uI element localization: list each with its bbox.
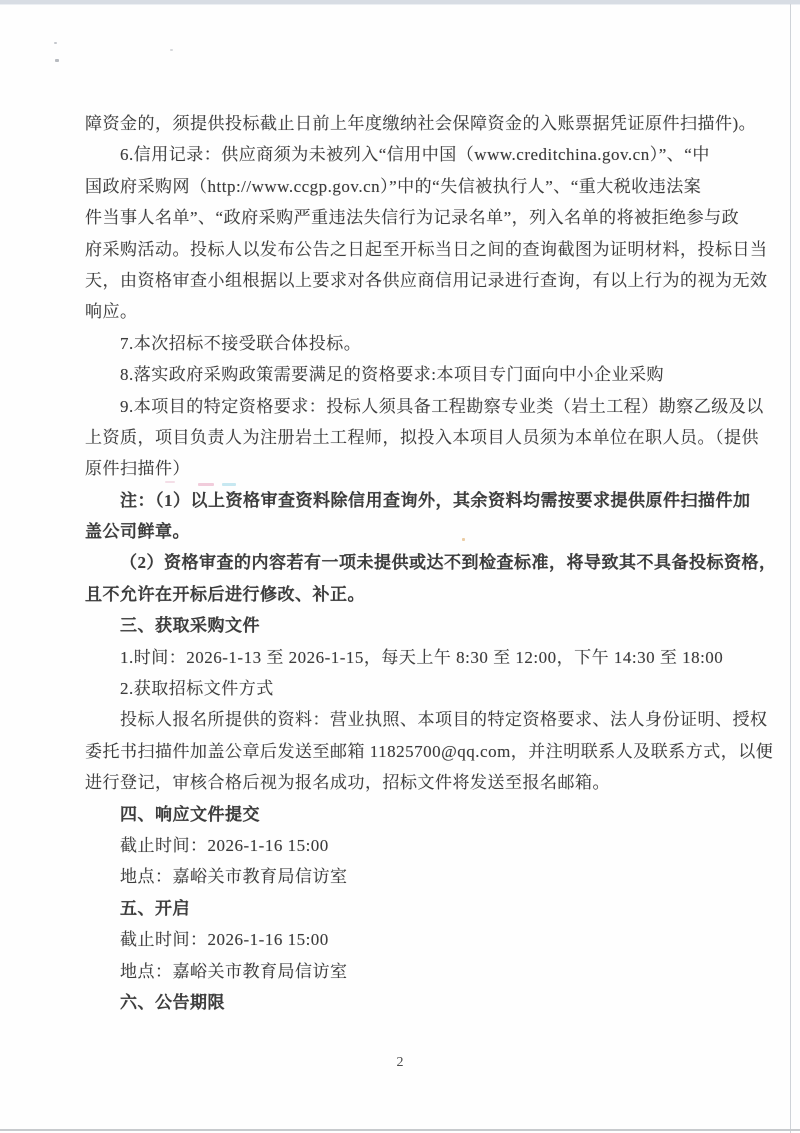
document-text-line: 进行登记，审核合格后视为报名成功，招标文件将发送至报名邮箱。 xyxy=(85,767,745,798)
scan-artifact xyxy=(55,59,59,62)
document-content: 障资金的，须提供投标截止日前上年度缴纳社会保障资金的入账票据凭证原件扫描件)。6… xyxy=(85,108,745,1018)
document-text-line: 响应。 xyxy=(85,296,745,327)
scan-edge-bottom xyxy=(0,1129,800,1131)
document-text-line: 盖公司鲜章。 xyxy=(85,516,745,547)
section-heading: 四、响应文件提交 xyxy=(85,799,745,830)
document-text-line: 地点：嘉峪关市教育局信访室 xyxy=(85,956,745,987)
scan-artifact xyxy=(170,49,173,51)
document-text-line: 截止时间：2026-1-16 15:00 xyxy=(85,924,745,955)
document-text-line: 9.本项目的特定资格要求：投标人须具备工程勘察专业类（岩土工程）勘察乙级及以 xyxy=(85,391,745,422)
document-text-line: 上资质，项目负责人为注册岩土工程师，拟投入本项目人员须为本单位在职人员。（提供 xyxy=(85,422,745,453)
document-text-line: 地点：嘉峪关市教育局信访室 xyxy=(85,861,745,892)
document-text-line: 投标人报名所提供的资料：营业执照、本项目的特定资格要求、法人身份证明、授权 xyxy=(85,704,745,735)
document-text-line: 委托书扫描件加盖公章后发送至邮箱 11825700@qq.com，并注明联系人及… xyxy=(85,736,745,767)
document-text-line: 障资金的，须提供投标截止日前上年度缴纳社会保障资金的入账票据凭证原件扫描件)。 xyxy=(85,108,745,139)
document-text-line: 府采购活动。投标人以发布公告之日起至开标当日之间的查询截图为证明材料，投标日当 xyxy=(85,234,745,265)
scan-edge-top xyxy=(0,0,800,5)
section-heading: 三、获取采购文件 xyxy=(85,610,745,641)
document-text-line: 1.时间：2026-1-13 至 2026-1-15，每天上午 8:30 至 1… xyxy=(85,642,745,673)
scan-edge-right xyxy=(790,4,791,1133)
document-text-line: 件当事人名单”、“政府采购严重违法失信行为记录名单”，列入名单的将被拒绝参与政 xyxy=(85,202,745,233)
scan-artifact xyxy=(54,42,57,44)
document-text-line: （2）资格审查的内容若有一项未提供或达不到检查标准，将导致其不具备投标资格， xyxy=(85,547,745,578)
section-heading: 五、开启 xyxy=(85,893,745,924)
document-text-line: 8.落实政府采购政策需要满足的资格要求:本项目专门面向中小企业采购 xyxy=(85,359,745,390)
document-text-line: 且不允许在开标后进行修改、补正。 xyxy=(85,579,745,610)
document-text-line: 国政府采购网（http://www.ccgp.gov.cn）”中的“失信被执行人… xyxy=(85,171,745,202)
document-text-line: 注：（1）以上资格审查资料除信用查询外，其余资料均需按要求提供原件扫描件加 xyxy=(85,485,745,516)
scanned-document-page: 障资金的，须提供投标截止日前上年度缴纳社会保障资金的入账票据凭证原件扫描件)。6… xyxy=(0,0,800,1133)
document-text-line: 截止时间：2026-1-16 15:00 xyxy=(85,830,745,861)
document-text-line: 6.信用记录：供应商须为未被列入“信用中国（www.creditchina.go… xyxy=(85,139,745,170)
document-text-line: 原件扫描件） xyxy=(85,453,745,484)
document-text-line: 2.获取招标文件方式 xyxy=(85,673,745,704)
document-text-line: 7.本次招标不接受联合体投标。 xyxy=(85,328,745,359)
document-text-line: 天，由资格审查小组根据以上要求对各供应商信用记录进行查询，有以上行为的视为无效 xyxy=(85,265,745,296)
section-heading: 六、公告期限 xyxy=(85,987,745,1018)
page-number: 2 xyxy=(0,1055,800,1071)
